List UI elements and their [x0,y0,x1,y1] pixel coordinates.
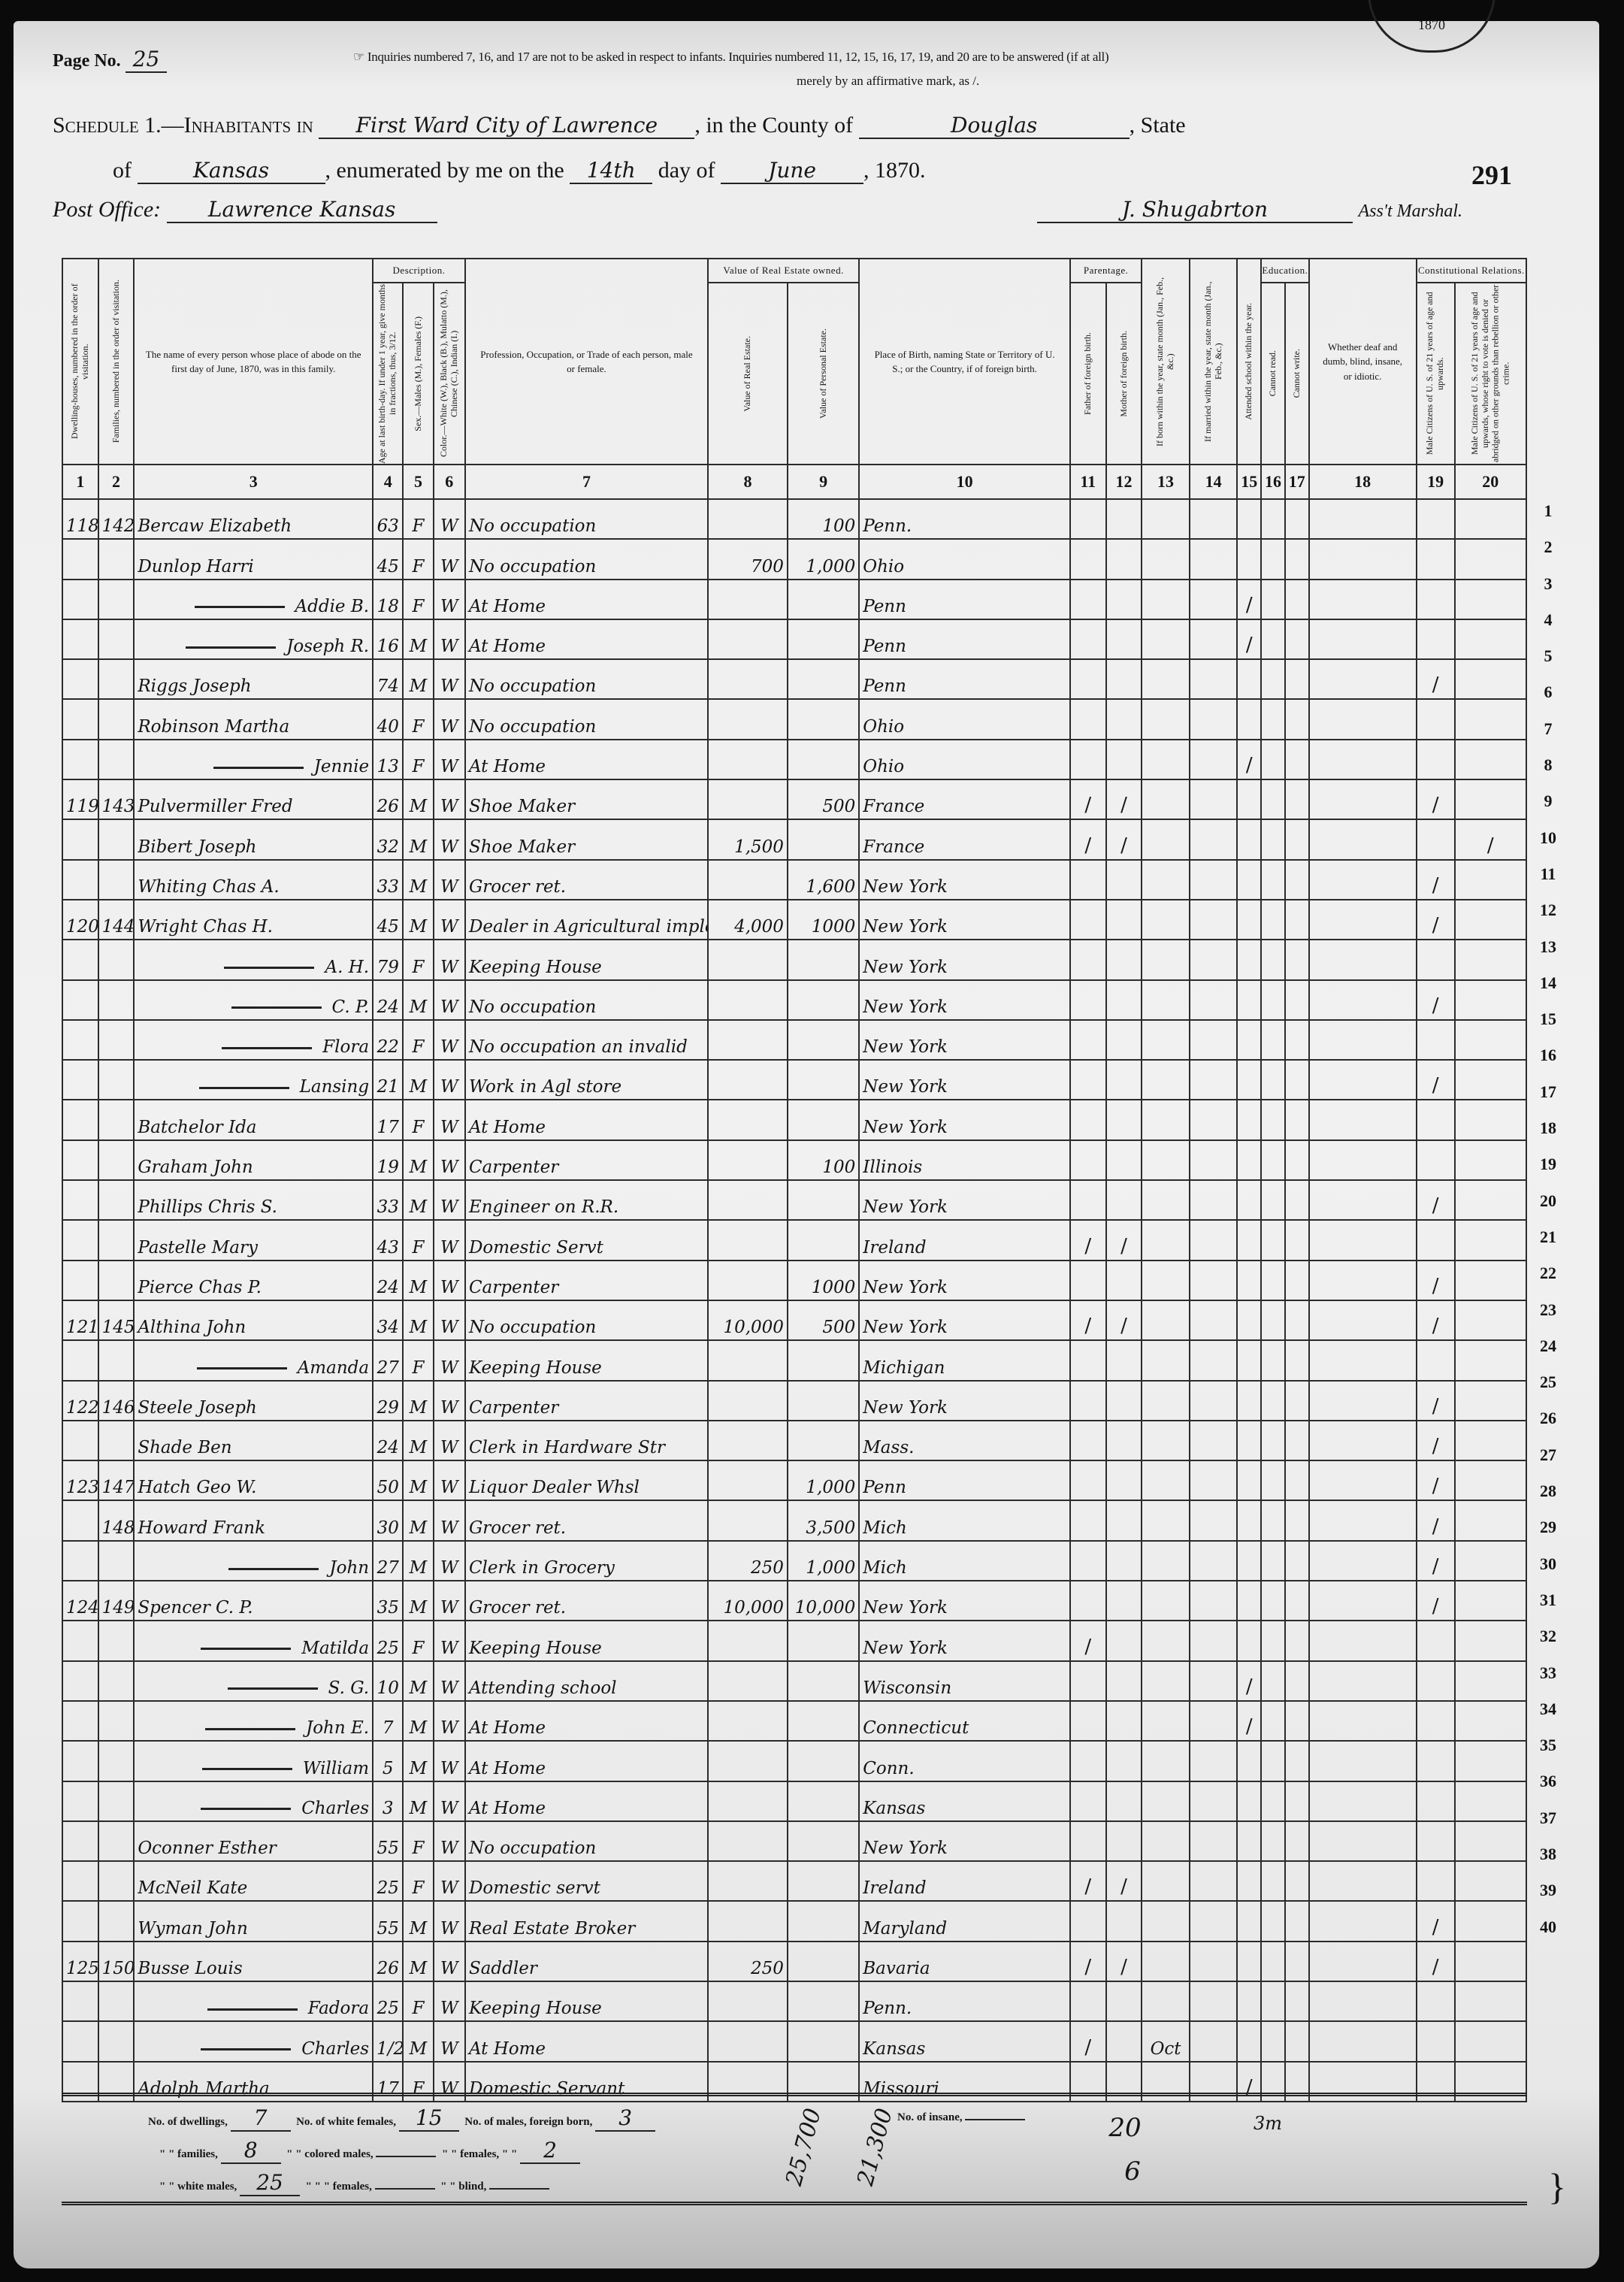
married-month-cell [1190,1821,1238,1861]
table-row: William5MWAt HomeConn. [62,1741,1526,1781]
line-number: 26 [1533,1400,1563,1436]
age: 40 [377,717,399,737]
color: W [440,1478,458,1497]
person-name-cell: John [134,1541,373,1581]
married-month-cell [1190,619,1238,659]
dwelling-number-cell [62,619,98,659]
attended-school: / [1246,594,1253,616]
mother-foreign-cell [1106,1901,1142,1941]
age: 25 [377,1999,399,2018]
dwelling-number-cell [62,1741,98,1781]
birthplace-cell: France [859,819,1070,859]
line-number: 37 [1533,1800,1563,1836]
color-cell: W [434,1981,465,2021]
col-num: 13 [1142,465,1190,499]
occupation-cell: At Home [465,1701,708,1741]
table-row: 124149Spencer C. P.35MWGrocer ret.10,000… [62,1581,1526,1621]
dwelling-number-cell [62,1500,98,1540]
dwelling-number-cell [62,940,98,979]
cannot-write-cell [1285,1180,1309,1220]
occupation-cell: Saddler [465,1942,708,1981]
male-citizen-cell: / [1417,1421,1455,1460]
table-row: 118142Bercaw Elizabeth63FWNo occupation1… [62,499,1526,539]
line-number: 36 [1533,1763,1563,1799]
personal-estate-value-cell [788,1340,859,1380]
color: W [440,1318,458,1337]
family-number-cell [98,2021,135,2061]
col-header-sex: Sex.—Males (M.), Females (F.) [403,283,433,465]
mother-foreign-cell: / [1106,1861,1142,1901]
occupation: Saddler [469,1959,537,1978]
colored-males-count [376,2156,436,2157]
mother-foreign-cell: / [1106,1942,1142,1981]
marshal-line: J. Shugabrton Ass't Marshal. [1037,197,1462,223]
cannot-write-cell [1285,1060,1309,1100]
personal-estate-value: 1,000 [806,557,855,577]
color: W [440,997,458,1017]
ditto-dash [197,1367,287,1370]
color-cell: W [434,1661,465,1701]
male-citizen-cell [1417,1340,1455,1380]
cannot-read-cell [1261,659,1285,699]
married-month-cell [1190,1180,1238,1220]
occupation: Grocer ret. [469,1518,566,1538]
age-cell: 45 [373,900,403,940]
person-name: A. H. [325,958,369,977]
dwelling-number-cell: 118 [62,499,98,539]
occupation: Grocer ret. [469,877,566,897]
real-estate-value-cell [708,1261,788,1300]
cannot-write-cell [1285,539,1309,579]
person-name: Shade Ben [138,1438,231,1457]
birthplace-cell: Conn. [859,1741,1070,1781]
birthplace: Penn [863,637,906,656]
dwelling-number-cell: 122 [62,1381,98,1421]
occupation-cell: No occupation [465,539,708,579]
mother-foreign-cell [1106,2021,1142,2061]
mother-foreign: / [1120,1315,1127,1337]
mother-foreign-cell [1106,659,1142,699]
birthplace-cell: Ohio [859,699,1070,739]
father-foreign-cell [1070,740,1106,779]
line-numbers: 1234567891011121314151617181920212223242… [1533,493,1563,1945]
dwelling-number-cell: 119 [62,779,98,819]
color: W [440,958,458,977]
dwelling-number: 120 [66,917,98,937]
family-number-cell: 147 [98,1460,135,1500]
mother-foreign-cell [1106,1100,1142,1139]
color-cell: W [434,1541,465,1581]
birthplace-cell: Kansas [859,1781,1070,1821]
person-name: Batchelor Ida [138,1118,256,1137]
family-number-cell [98,699,135,739]
color-cell: W [434,1500,465,1540]
line-number: 35 [1533,1727,1563,1763]
color-cell: W [434,1781,465,1821]
dwelling-number-cell [62,1140,98,1180]
cannot-write-cell [1285,619,1309,659]
age-cell: 32 [373,819,403,859]
person-name-cell: Hatch Geo W. [134,1460,373,1500]
personal-estate-value: 500 [822,797,855,816]
deaf-blind-cell [1309,1861,1417,1901]
col-num: 14 [1190,465,1238,499]
table-row: Robinson Martha40FWNo occupationOhio [62,699,1526,739]
vote-denied-cell [1455,499,1526,539]
age-cell: 18 [373,580,403,619]
male-citizen: / [1432,1435,1439,1457]
family-number-cell: 149 [98,1581,135,1621]
real-estate-value-cell: 700 [708,539,788,579]
male-citizen: / [1432,1555,1439,1578]
table-row: Pastelle Mary43FWDomestic ServtIreland// [62,1220,1526,1260]
male-citizen-cell: / [1417,860,1455,900]
dwelling-number-cell [62,1981,98,2021]
dwelling-number: 122 [66,1398,98,1418]
col-num: 18 [1309,465,1417,499]
father-foreign-cell: / [1070,1300,1106,1340]
birthplace-cell: Maryland [859,1901,1070,1941]
birthplace-cell: New York [859,1100,1070,1139]
cannot-write-cell [1285,1661,1309,1701]
dwelling-number: 121 [66,1318,98,1337]
occupation: Keeping House [469,1358,602,1378]
occupation: Domestic Servt [469,1238,603,1258]
father-foreign-cell: / [1070,1220,1106,1260]
birthplace-cell: Penn [859,580,1070,619]
family-number: 146 [102,1398,135,1418]
cannot-write-cell [1285,1500,1309,1540]
father-foreign-cell [1070,1060,1106,1100]
cannot-read-cell [1261,1661,1285,1701]
occupation-cell: No occupation [465,980,708,1020]
group-header-constitutional: Constitutional Relations. [1417,259,1526,283]
table-row: 121145Althina John34MWNo occupation10,00… [62,1300,1526,1340]
age-cell: 17 [373,1100,403,1139]
age-cell: 21 [373,1060,403,1100]
male-citizen-cell [1417,819,1455,859]
person-name: Howard Frank [138,1518,265,1538]
birthplace-cell: New York [859,1821,1070,1861]
father-foreign-cell [1070,1901,1106,1941]
sex-cell: M [403,1741,433,1781]
sex: M [410,637,428,656]
cannot-write-cell [1285,1541,1309,1581]
deaf-blind-cell [1309,1661,1417,1701]
cannot-write-cell [1285,1220,1309,1260]
cannot-write-cell [1285,1140,1309,1180]
color-cell: W [434,1942,465,1981]
born-month-cell [1142,1581,1190,1621]
person-name-cell: Steele Joseph [134,1381,373,1421]
occupation: Grocer ret. [469,1598,566,1618]
sex-cell: F [403,1821,433,1861]
person-name: McNeil Kate [138,1878,247,1898]
real-estate-value-cell [708,1661,788,1701]
personal-estate-value-cell [788,819,859,859]
father-foreign-cell [1070,1741,1106,1781]
group-header-value: Value of Real Estate owned. [708,259,859,283]
sex: M [410,1158,428,1177]
age: 19 [377,1158,399,1177]
cannot-read-cell [1261,779,1285,819]
deaf-blind-cell [1309,539,1417,579]
attended-school-cell: / [1237,1701,1261,1741]
person-name: Lansing [300,1077,370,1097]
dwellings-label: No. of dwellings, [148,2116,228,2128]
mother-foreign-cell [1106,1541,1142,1581]
occupation-cell: At Home [465,1100,708,1139]
line-number: 24 [1533,1328,1563,1364]
person-name-cell: Oconner Esther [134,1821,373,1861]
birthplace-cell: Mass. [859,1421,1070,1460]
dwelling-number-cell [62,1261,98,1300]
male-citizen: / [1432,1475,1439,1497]
color-cell: W [434,1220,465,1260]
birthplace: Illinois [863,1158,922,1177]
personal-estate-value: 1000 [812,1278,856,1297]
deaf-blind-cell [1309,1060,1417,1100]
vote-denied-cell [1455,1581,1526,1621]
foreign-males-label: No. of males, foreign born, [464,2116,592,2128]
col-num: 10 [859,465,1070,499]
deaf-blind-cell [1309,1180,1417,1220]
male-citizen: / [1432,1395,1439,1418]
color: W [440,1358,458,1378]
occupation-cell: Liquor Dealer Whsl [465,1460,708,1500]
personal-estate-value-cell [788,1661,859,1701]
person-name: Flora [322,1037,369,1057]
cannot-write-cell [1285,1020,1309,1060]
age-cell: 16 [373,619,403,659]
foreign-males-count: 3 [595,2105,655,2132]
col-num: 17 [1285,465,1309,499]
color: W [440,637,458,656]
attended-school-cell [1237,1421,1261,1460]
birthplace: New York [863,1037,948,1057]
father-foreign: / [1084,794,1091,816]
sex: M [410,1759,428,1778]
color: W [440,797,458,816]
cannot-read-cell [1261,1300,1285,1340]
born-month-cell [1142,1901,1190,1941]
married-month-cell [1190,1460,1238,1500]
deaf-blind-cell [1309,1100,1417,1139]
line-number: 25 [1533,1364,1563,1400]
attended-school-cell [1237,1942,1261,1981]
table-row: Lansing21MWWork in Agl storeNew York/ [62,1060,1526,1100]
deaf-blind-cell [1309,940,1417,979]
person-name: Bibert Joseph [138,837,256,857]
mother-foreign-cell [1106,580,1142,619]
county-field: Douglas [859,113,1130,139]
color-cell: W [434,1340,465,1380]
age: 16 [377,637,399,656]
person-name-cell: Howard Frank [134,1500,373,1540]
born-month-cell [1142,580,1190,619]
color: W [440,1398,458,1418]
cannot-read-cell [1261,1020,1285,1060]
attended-school: / [1246,634,1253,656]
color: W [440,1718,458,1738]
person-name-cell: Bercaw Elizabeth [134,499,373,539]
ditto-dash [207,2008,298,2011]
color-cell: W [434,980,465,1020]
sex: M [410,1077,428,1097]
table-row: Batchelor Ida17FWAt HomeNew York [62,1100,1526,1139]
vote-denied-cell [1455,1861,1526,1901]
attended-school-cell [1237,1861,1261,1901]
born-month-cell [1142,1981,1190,2021]
color-cell: W [434,659,465,699]
real-estate-value: 10,000 [723,1318,783,1337]
male-citizen-cell [1417,1821,1455,1861]
attended-school-cell [1237,819,1261,859]
vote-denied-cell [1455,1060,1526,1100]
real-estate-value-cell [708,1060,788,1100]
col-header-mother-foreign: Mother of foreign birth. [1106,283,1142,465]
person-name: S. G. [328,1678,369,1698]
attended-school-cell [1237,1180,1261,1220]
age-cell: 7 [373,1701,403,1741]
occupation-cell: Real Estate Broker [465,1901,708,1941]
ditto-dash [231,1006,322,1009]
family-number-cell [98,619,135,659]
ditto-dash [228,1568,319,1570]
family-number-cell [98,1421,135,1460]
occupation: No occupation [469,1839,596,1858]
age-cell: 33 [373,860,403,900]
birthplace-cell: New York [859,900,1070,940]
birthplace: New York [863,917,948,937]
occupation: Liquor Dealer Whsl [469,1478,640,1497]
cannot-write-cell [1285,1821,1309,1861]
person-name: Busse Louis [138,1959,242,1978]
dwelling-number: 119 [66,797,98,816]
person-name: Fadora [308,1999,369,2018]
color-cell: W [434,740,465,779]
deaf-blind-cell [1309,1621,1417,1660]
personal-estate-value-cell [788,980,859,1020]
personal-estate-value-cell: 1,000 [788,539,859,579]
personal-estate-value-cell [788,1981,859,2021]
birthplace: France [863,837,924,857]
birthplace: New York [863,1839,948,1858]
father-foreign-cell [1070,1581,1106,1621]
real-estate-value-cell [708,1180,788,1220]
insane-row: No. of insane, [897,2111,1025,2124]
cannot-read-cell [1261,1220,1285,1260]
col-num: 8 [708,465,788,499]
person-name: Dunlop Harri [138,557,253,577]
sex: M [410,997,428,1017]
mother-foreign-cell [1106,1981,1142,2021]
sex: M [410,1438,428,1457]
family-number-cell [98,1701,135,1741]
male-citizen-cell: / [1417,1901,1455,1941]
male-citizen: / [1432,994,1439,1017]
family-number-cell [98,819,135,859]
attended-school-cell [1237,1140,1261,1180]
occupation-cell: Keeping House [465,940,708,979]
color-cell: W [434,1741,465,1781]
occupation: Shoe Maker [469,797,575,816]
sheet-number: 291 [1471,159,1512,191]
occupation-cell: No occupation [465,499,708,539]
school-total: 3m [1253,2113,1283,2134]
attended-school-cell [1237,1981,1261,2021]
attended-school-cell [1237,980,1261,1020]
male-citizen-cell: / [1417,1942,1455,1981]
father-foreign-cell [1070,1100,1106,1139]
occupation-cell: Carpenter [465,1261,708,1300]
occupation: No occupation an invalid [469,1037,688,1057]
attended-school-cell [1237,1621,1261,1660]
family-number: 150 [102,1959,135,1978]
mother-foreign: / [1120,1235,1127,1258]
attended-school: / [1246,754,1253,776]
color: W [440,1438,458,1457]
col-header-personal-estate: Value of Personal Estate. [788,283,859,465]
birthplace-cell: New York [859,860,1070,900]
col-header-vote-denied: Male Citizens of U. S. of 21 years of ag… [1455,283,1526,465]
sex-cell: F [403,1100,433,1139]
vote-denied-cell [1455,539,1526,579]
male-citizen-cell: / [1417,1581,1455,1621]
sex: M [410,1278,428,1297]
mother-foreign-cell [1106,740,1142,779]
cannot-read-cell [1261,1421,1285,1460]
real-estate-value-cell: 250 [708,1942,788,1981]
line-number: 23 [1533,1292,1563,1328]
male-citizen-cell [1417,580,1455,619]
person-name-cell: Graham John [134,1140,373,1180]
occupation-cell: Carpenter [465,1381,708,1421]
person-name: Oconner Esther [138,1839,276,1858]
table-row: Matilda25FWKeeping HouseNew York/ [62,1621,1526,1660]
insane-label: No. of insane, [897,2111,963,2123]
father-foreign: / [1084,1956,1091,1978]
deaf-blind-cell [1309,1741,1417,1781]
born-month-cell [1142,1500,1190,1540]
personal-estate-value-cell [788,940,859,979]
birthplace: Ireland [863,1878,926,1898]
sex-cell: M [403,1060,433,1100]
sex-cell: M [403,1701,433,1741]
age-cell: 19 [373,1140,403,1180]
father-foreign-cell [1070,1340,1106,1380]
color-cell: W [434,819,465,859]
table-row: Shade Ben24MWClerk in Hardware StrMass./ [62,1421,1526,1460]
day-field: 14th [570,158,652,184]
person-name: William [303,1759,369,1778]
occupation: No occupation [469,717,596,737]
male-citizen-cell [1417,1741,1455,1781]
person-name-cell: Lansing [134,1060,373,1100]
father-foreign-cell [1070,1261,1106,1300]
father-foreign-cell [1070,699,1106,739]
real-estate-value-cell: 10,000 [708,1581,788,1621]
male-citizen-cell [1417,1020,1455,1060]
married-month-cell [1190,1140,1238,1180]
line-number: 11 [1533,856,1563,892]
married-month-cell [1190,1701,1238,1741]
married-month-cell [1190,1942,1238,1981]
dwelling-number: 123 [66,1478,98,1497]
occupation: Keeping House [469,1999,602,2018]
vote-denied-cell [1455,900,1526,940]
personal-estate-value: 10,000 [795,1598,855,1618]
